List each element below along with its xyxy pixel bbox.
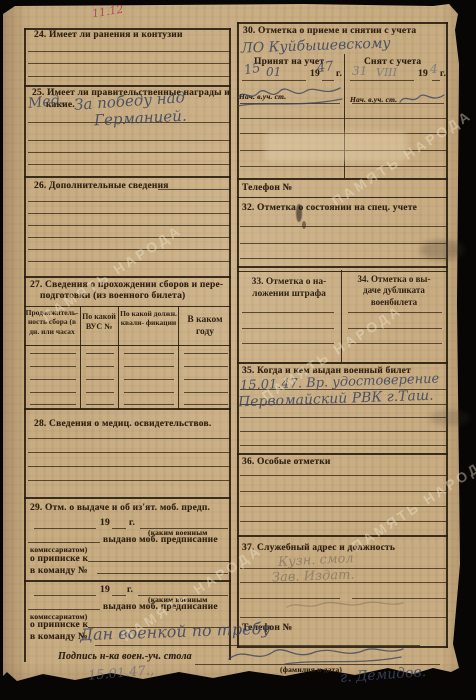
ruled-line — [86, 366, 114, 367]
ruled-line — [240, 475, 446, 476]
ruled-line — [240, 445, 446, 446]
ruled-line — [240, 431, 446, 432]
ruled-line — [184, 353, 228, 354]
ink-drip — [302, 221, 306, 229]
ruled-line — [124, 392, 174, 393]
g-print: г. — [129, 518, 135, 529]
ruled-line — [86, 379, 114, 380]
section-border — [229, 28, 231, 660]
ruled-line — [184, 366, 228, 367]
field-34-line3: военбилета — [371, 297, 417, 307]
section-border — [118, 306, 119, 409]
field-34-line2: даче дубликата — [363, 285, 425, 295]
ruled-line — [28, 213, 230, 214]
ruled-line — [432, 80, 440, 81]
ruled-line — [240, 118, 446, 119]
section-border — [24, 276, 231, 278]
g-print-2: г. — [127, 585, 133, 596]
table-col-year: В каком году — [180, 315, 230, 339]
smudge — [430, 410, 470, 426]
ruled-line — [28, 164, 230, 165]
signature-scribble-bottom — [225, 644, 410, 668]
snyat-year-handwriting: 4 — [430, 62, 438, 76]
scanned-military-record-card: 11.12 24. Имеет ли ранения и контузии 25… — [0, 0, 476, 700]
ruled-line — [28, 452, 230, 453]
field-27-label: 27. Сведения о прохождении сборов и пере… — [30, 280, 223, 291]
ruled-line — [124, 366, 174, 367]
smudge — [420, 240, 464, 260]
ruled-line — [240, 417, 446, 418]
prinyat-month-handwriting: 01 — [266, 65, 281, 79]
o-pripiske-print: о приписке к — [30, 554, 88, 565]
table-col-qualification: По какой должн. квали- фикации — [120, 309, 177, 328]
ruled-line — [348, 343, 442, 344]
ruled-line — [28, 201, 230, 202]
section-border — [341, 270, 342, 362]
field-29-label: 29. Отм. о выдаче и об из'ят. моб. предп… — [30, 503, 210, 514]
ruled-line — [28, 76, 230, 77]
ruled-line — [350, 80, 414, 81]
section-border — [237, 197, 448, 198]
ruled-line — [30, 353, 76, 354]
ruled-line — [88, 561, 230, 562]
ruled-line — [184, 379, 228, 380]
ruled-line — [242, 80, 306, 81]
ruled-line — [348, 312, 442, 313]
ruled-line — [124, 379, 174, 380]
vydano-mob-print: выдано моб. предписание — [103, 535, 218, 546]
field-34-line1: 34. Отметка о вы- — [358, 274, 431, 284]
ruled-line — [240, 491, 446, 492]
signature-scribble-prinyat — [236, 82, 346, 110]
section-border — [24, 497, 231, 499]
ruled-line — [322, 80, 334, 81]
ruled-line — [240, 226, 446, 227]
ruled-line — [34, 528, 96, 529]
section-border — [237, 271, 448, 272]
ruled-line — [28, 609, 100, 610]
section-border — [24, 85, 231, 87]
ruled-line — [28, 261, 230, 262]
section-border — [237, 178, 448, 180]
year-19-print-2: 19 — [100, 585, 110, 596]
section-border — [178, 306, 179, 409]
ruled-line — [28, 237, 230, 238]
v-komandu-print: в команду № — [30, 566, 88, 577]
ruled-line — [28, 542, 100, 543]
ruled-line — [34, 595, 96, 596]
section-border — [237, 362, 448, 364]
field-26-label: 26. Дополнительные сведения — [34, 181, 169, 192]
ruled-line — [112, 528, 126, 529]
ruled-line — [30, 404, 76, 405]
snyat-day-handwriting: 31 — [352, 64, 367, 78]
ruled-line — [86, 392, 114, 393]
ruled-line — [240, 258, 446, 259]
section-border — [24, 345, 231, 346]
ruled-line — [28, 438, 230, 439]
ruled-line — [242, 312, 334, 313]
ruled-line — [28, 63, 230, 64]
field-28-label: 28. Сведения о медиц. освидетельствов. — [34, 419, 211, 430]
section-border — [24, 580, 231, 582]
ruled-line — [240, 506, 446, 507]
ruled-line — [184, 392, 228, 393]
section-border — [24, 176, 231, 178]
field-27-label-2: подготовки (из военного билета) — [40, 291, 185, 302]
section-border — [237, 453, 448, 455]
section-border — [237, 266, 448, 268]
ruled-line — [28, 249, 230, 250]
ruled-line — [30, 366, 76, 367]
prinyat-day-handwriting: 15 — [243, 61, 262, 79]
pencil-scribble-37 — [285, 598, 405, 612]
field-34-label: 34. Отметка о вы- даче дубликата военбил… — [344, 274, 444, 308]
ruled-line — [124, 404, 174, 405]
ruled-line — [240, 617, 446, 618]
field-32-label: 32. Отметка о состоянии на спец. учете — [242, 203, 417, 214]
section-border — [446, 22, 448, 648]
ruled-line — [86, 404, 114, 405]
ruled-line — [240, 243, 446, 244]
year-19-print-snyat: 19 — [418, 69, 428, 80]
field-24-label: 24. Имеет ли ранения и контузии — [34, 30, 183, 41]
ruled-line — [124, 353, 174, 354]
nach-vuch-st-label-right: Нач. в.уч. ст. — [350, 96, 397, 105]
podpis-label: Подпись н-ка воен.-уч. стола — [58, 651, 192, 663]
ruled-line — [348, 328, 442, 329]
field-33-line2: ложении штрафа — [252, 289, 326, 299]
g-print-snyat: г. — [440, 69, 446, 80]
section-border — [237, 22, 448, 24]
ruled-line — [242, 343, 334, 344]
signature-scribble-snyat — [398, 90, 448, 108]
section-border — [80, 306, 81, 409]
ruled-line — [28, 51, 230, 52]
ruled-line — [28, 140, 230, 141]
ruled-line — [242, 328, 334, 329]
ruled-line — [28, 152, 230, 153]
vydano-mob-print-2: выдано моб. предписание — [103, 602, 218, 613]
ruled-line — [30, 379, 76, 380]
phone-label-1: Телефон № — [242, 183, 292, 194]
field-36-label: 36. Особые отметки — [242, 457, 331, 468]
ruled-line — [184, 404, 228, 405]
g-print-prinyat: г. — [336, 69, 342, 80]
section-border — [24, 408, 231, 410]
year-19-print: 19 — [100, 518, 110, 529]
ruled-line — [28, 466, 230, 467]
section-border — [237, 535, 448, 537]
ruled-line — [28, 225, 230, 226]
ruled-line — [240, 166, 446, 167]
prinyat-year-handwriting: 47 — [316, 59, 334, 76]
table-col-duration: Продолжитель- ность сбора (в дн. или час… — [25, 308, 79, 336]
ruled-line — [86, 353, 114, 354]
ink-drip — [296, 204, 302, 222]
ruled-line — [112, 595, 126, 596]
snyat-month-handwriting: VIII — [376, 66, 397, 79]
field-33-label: 33. Отметка о на- ложении штрафа — [240, 277, 338, 301]
field-33-line1: 33. Отметка о на- — [252, 277, 327, 287]
ruled-line — [240, 521, 446, 522]
field-37-handwriting-2: Зав. Издат. — [272, 568, 355, 586]
table-col-vus: По какой ВУС № — [82, 312, 116, 332]
ruled-line — [97, 573, 228, 574]
ruled-line — [28, 480, 230, 481]
prinyat-na-uchet-label: Принят на учет — [254, 57, 324, 68]
ruled-line — [30, 392, 76, 393]
section-border — [237, 22, 239, 648]
section-border — [24, 306, 231, 307]
bleach-patch — [265, 132, 407, 162]
